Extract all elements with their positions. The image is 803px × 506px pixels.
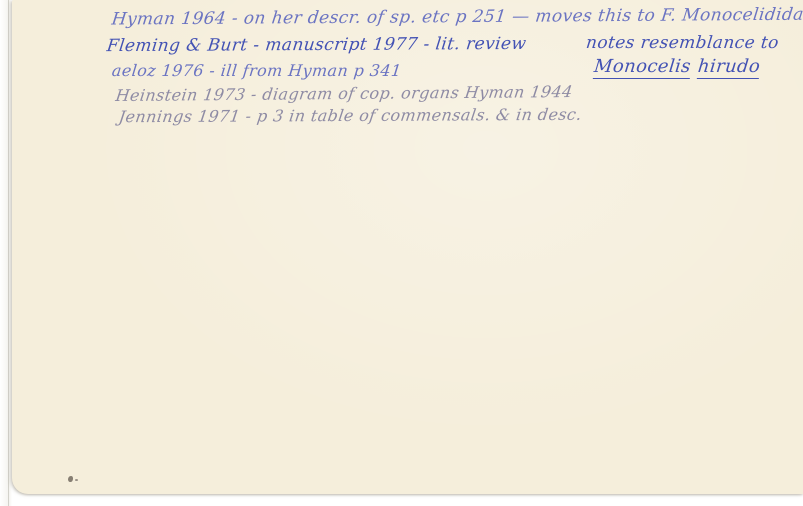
handwritten-note-resemblance: notes resemblance to xyxy=(585,33,780,53)
ink-speck-small xyxy=(75,479,78,481)
handwritten-line-1973-diagram: Heinstein 1973 - diagram of cop. organs … xyxy=(114,82,574,105)
species-genus: Monocelis xyxy=(593,56,692,79)
handwritten-line-fleming-burt: Fleming & Burt - manuscript 1977 - lit. … xyxy=(106,34,528,56)
ink-speck xyxy=(68,476,73,482)
index-card: Hyman 1964 - on her descr. of sp. etc p … xyxy=(12,0,803,494)
handwritten-line-jennings-1971: Jennings 1971 - p 3 in table of commensa… xyxy=(118,105,584,126)
scan-crease-line xyxy=(8,0,9,506)
species-epithet: hirudo xyxy=(697,56,762,79)
handwritten-line-1976-ill: aeloz 1976 - ill from Hyman p 341 xyxy=(111,61,403,80)
scan-background: Hyman 1964 - on her descr. of sp. etc p … xyxy=(0,0,803,506)
handwritten-line-hyman-1964: Hyman 1964 - on her descr. of sp. etc p … xyxy=(111,4,803,29)
handwritten-species-name: Monocelishirudo xyxy=(593,56,769,79)
